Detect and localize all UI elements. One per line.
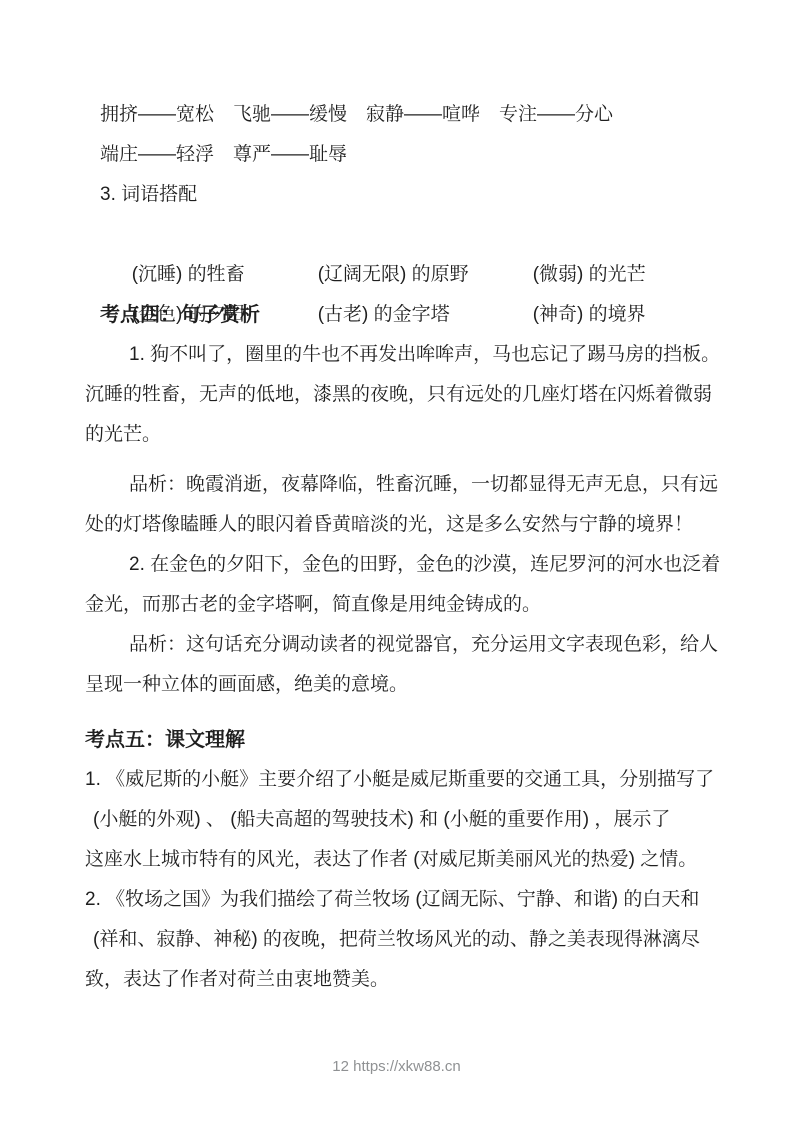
section4-sentence-2-line: 金光，而那古老的金字塔啊，简直像是用纯金铸成的。	[85, 585, 725, 625]
document-body: 拥挤——宽松 飞驰——缓慢 寂静——喧哗 专注——分心 端庄——轻浮 尊严——耻…	[85, 95, 725, 1000]
section4-sentence-1-line: 1. 狗不叫了，圈里的牛也不再发出哞哞声，马也忘记了踢马房的挡板。	[85, 335, 725, 375]
section5-item-1-line: 1. 《威尼斯的小艇》主要介绍了小艇是威尼斯重要的交通工具，分别描写了	[85, 760, 725, 800]
section4-sentence-1-line: 沉睡的牲畜，无声的低地，漆黑的夜晚，只有远处的几座灯塔在闪烁着微弱	[85, 375, 725, 415]
section4-sentence-2-line: 2. 在金色的夕阳下，金色的田野，金色的沙漠，连尼罗河的河水也泛着	[85, 545, 725, 585]
section5-heading: 考点五：课文理解	[85, 720, 725, 760]
collocation-cell: (古老) 的金字塔	[318, 295, 533, 335]
site-url: https://xkw88.cn	[353, 1058, 461, 1075]
antonym-line-2: 端庄——轻浮 尊严——耻辱	[85, 135, 725, 175]
section5-item-2-line: 2. 《牧场之国》为我们描绘了荷兰牧场 (辽阔无际、宁静、和谐) 的白天和	[85, 880, 725, 920]
antonym-line-1: 拥挤——宽松 飞驰——缓慢 寂静——喧哗 专注——分心	[85, 95, 725, 135]
section4-analysis-1-line: 处的灯塔像瞌睡人的眼闪着昏黄暗淡的光，这是多么安然与宁静的境界！	[85, 505, 725, 545]
collocation-cell: (微弱) 的光芒	[533, 255, 646, 295]
section5-item-2-line: (祥和、寂静、神秘) 的夜晚，把荷兰牧场风光的动、静之美表现得淋漓尽	[85, 920, 725, 960]
section4-analysis-2-line: 品析：这句话充分调动读者的视觉器官，充分运用文字表现色彩，给人	[85, 625, 725, 665]
word-collocation-label: 3. 词语搭配	[85, 175, 725, 215]
section5-item-2-line: 致，表达了作者对荷兰由衷地赞美。	[85, 960, 725, 1000]
collocation-cell: (辽阔无限) 的原野	[318, 255, 533, 295]
section4-analysis-1-line: 品析：晚霞消逝，夜幕降临，牲畜沉睡，一切都显得无声无息，只有远	[85, 465, 725, 505]
collocation-cell: (沉睡) 的牲畜	[132, 255, 318, 295]
document-page: 拥挤——宽松 飞驰——缓慢 寂静——喧哗 专注——分心 端庄——轻浮 尊严——耻…	[0, 0, 793, 1122]
collocation-cell: (神奇) 的境界	[533, 295, 646, 335]
page-footer: 12 https://xkw88.cn	[0, 1056, 793, 1078]
section4-sentence-1-line: 的光芒。	[85, 415, 725, 455]
section5-item-1-line: (小艇的外观) 、 (船夫高超的驾驶技术) 和 (小艇的重要作用) ，展示了	[85, 800, 725, 840]
section5-item-1-line: 这座水上城市特有的风光，表达了作者 (对威尼斯美丽风光的热爱) 之情。	[85, 840, 725, 880]
page-number: 12	[332, 1058, 349, 1075]
collocation-row: (沉睡) 的牲畜(辽阔无限) 的原野(微弱) 的光芒	[85, 215, 725, 255]
section4-analysis-2-line: 呈现一种立体的画面感，绝美的意境。	[85, 665, 725, 705]
